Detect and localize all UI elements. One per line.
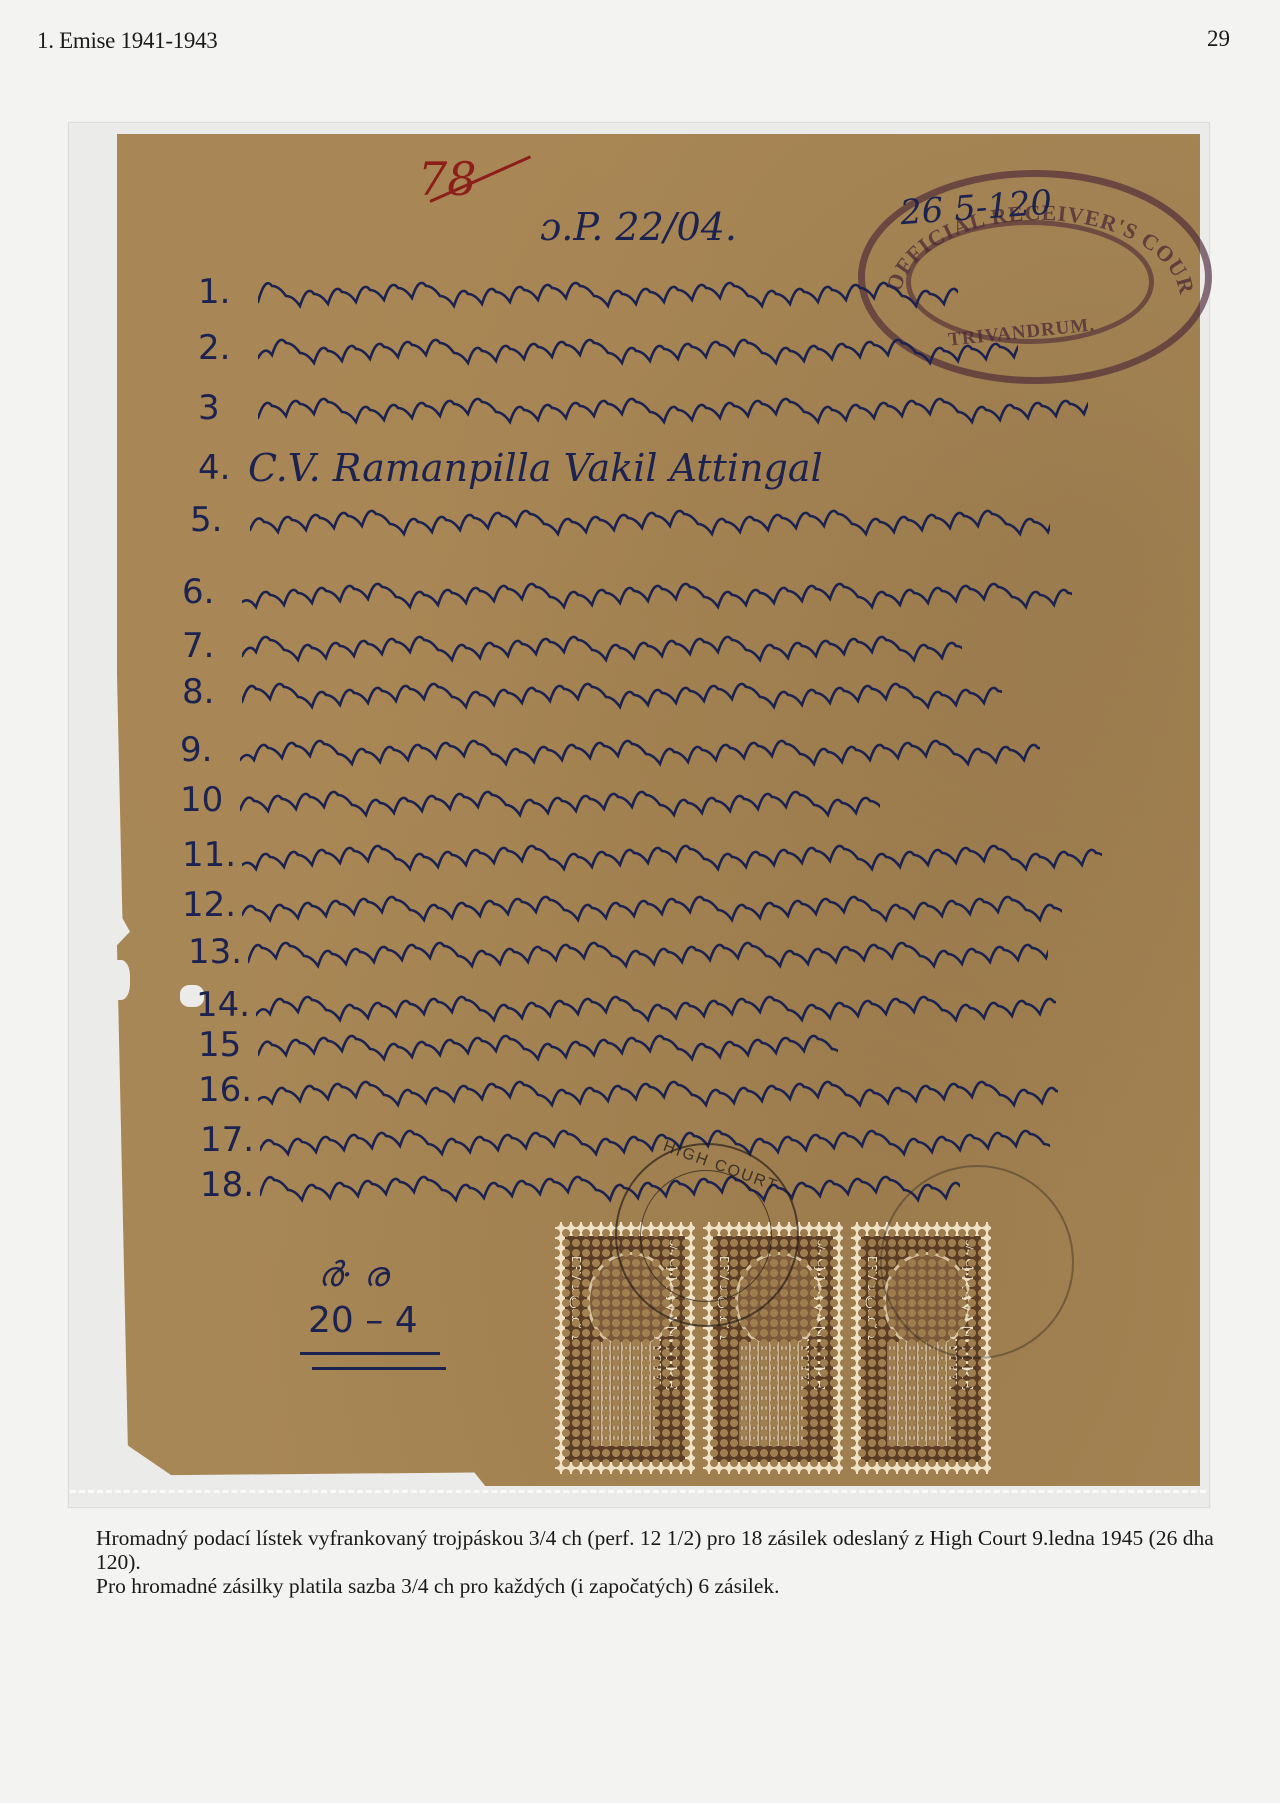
handwritten-malayalam-entry	[242, 887, 1062, 927]
entry-number: 1.	[198, 272, 230, 312]
handwritten-malayalam-entry	[242, 574, 1072, 614]
entry-number: 16.	[198, 1070, 252, 1110]
handwritten-malayalam-entry	[258, 390, 1088, 430]
entry-number: 3	[198, 388, 220, 428]
postmark-second	[880, 1165, 1074, 1359]
handwritten-malayalam-entry	[240, 732, 1040, 772]
handwritten-malayalam-entry	[258, 330, 1018, 370]
handwritten-malayalam-entry	[248, 934, 1048, 974]
entry-number: 15	[198, 1025, 241, 1065]
section-title: 1. Emise 1941-1943	[37, 28, 218, 54]
exhibit-caption: Hromadný podací lístek vyfrankovaný troj…	[96, 1526, 1226, 1598]
stamp-malayalam-text: BRVദ്ധക്രാക് ൨	[865, 1256, 879, 1340]
entry-number: 18.	[200, 1165, 254, 1205]
handwritten-malayalam-entry	[242, 628, 962, 668]
entry-number: 4.	[198, 448, 230, 488]
entry-number: 6.	[182, 572, 214, 612]
total-note-line2: 20 – 4	[308, 1300, 418, 1341]
entry-number: 5.	[190, 500, 222, 540]
entry-number: 7.	[182, 626, 214, 666]
anchel-vignette	[591, 1342, 655, 1446]
handwritten-malayalam-entry	[256, 987, 1056, 1027]
entry-number: 2.	[198, 328, 230, 368]
total-note-line1: ർ· ര	[318, 1255, 388, 1295]
handwritten-malayalam-entry	[258, 1072, 1058, 1112]
entry-text: C.V. Ramanpilla Vakil Attingal	[248, 446, 823, 490]
stamp-caption: ANCHEL	[651, 1336, 663, 1389]
handwritten-malayalam-entry	[250, 502, 1050, 542]
total-underline-1	[300, 1352, 440, 1355]
entry-number: 12.	[182, 885, 236, 925]
handwritten-malayalam-entry	[258, 274, 958, 314]
stamp-malayalam-text: BRVദ്ധക്രാക് ൨	[569, 1256, 583, 1340]
sleeve-stitching	[70, 1490, 1206, 1493]
caption-line-1: Hromadný podací lístek vyfrankovaný troj…	[96, 1526, 1226, 1574]
handwritten-malayalam-entry	[242, 837, 1102, 877]
anchel-vignette	[739, 1342, 803, 1446]
reference-number: ɔ.P. 22/04.	[540, 205, 737, 249]
handwritten-malayalam-entry	[258, 1027, 838, 1067]
handwritten-malayalam-entry	[242, 674, 1002, 714]
entry-number: 13.	[188, 932, 242, 972]
total-underline-2	[312, 1367, 446, 1370]
entry-number: 11.	[182, 835, 236, 875]
anchel-vignette	[887, 1342, 951, 1446]
entry-number: 17.	[200, 1120, 254, 1160]
handwritten-malayalam-entry	[260, 1167, 960, 1207]
postmark-inner-ring	[640, 1170, 772, 1302]
entry-number: 14.	[196, 985, 250, 1025]
stamp-country: TRAVANCORE	[809, 1264, 829, 1391]
handwritten-malayalam-entry	[240, 782, 880, 822]
entry-number: 8.	[182, 672, 214, 712]
entry-number: 9.	[180, 730, 212, 770]
red-ink-note: 78	[418, 152, 477, 206]
page-number: 29	[1207, 26, 1230, 52]
entry-number: 10	[180, 780, 223, 820]
stamp-caption: ANCHEL	[799, 1336, 811, 1389]
caption-line-2: Pro hromadné zásilky platila sazba 3/4 c…	[96, 1574, 1226, 1598]
handwritten-malayalam-entry	[260, 1122, 1050, 1162]
paper-tear	[108, 960, 130, 1000]
